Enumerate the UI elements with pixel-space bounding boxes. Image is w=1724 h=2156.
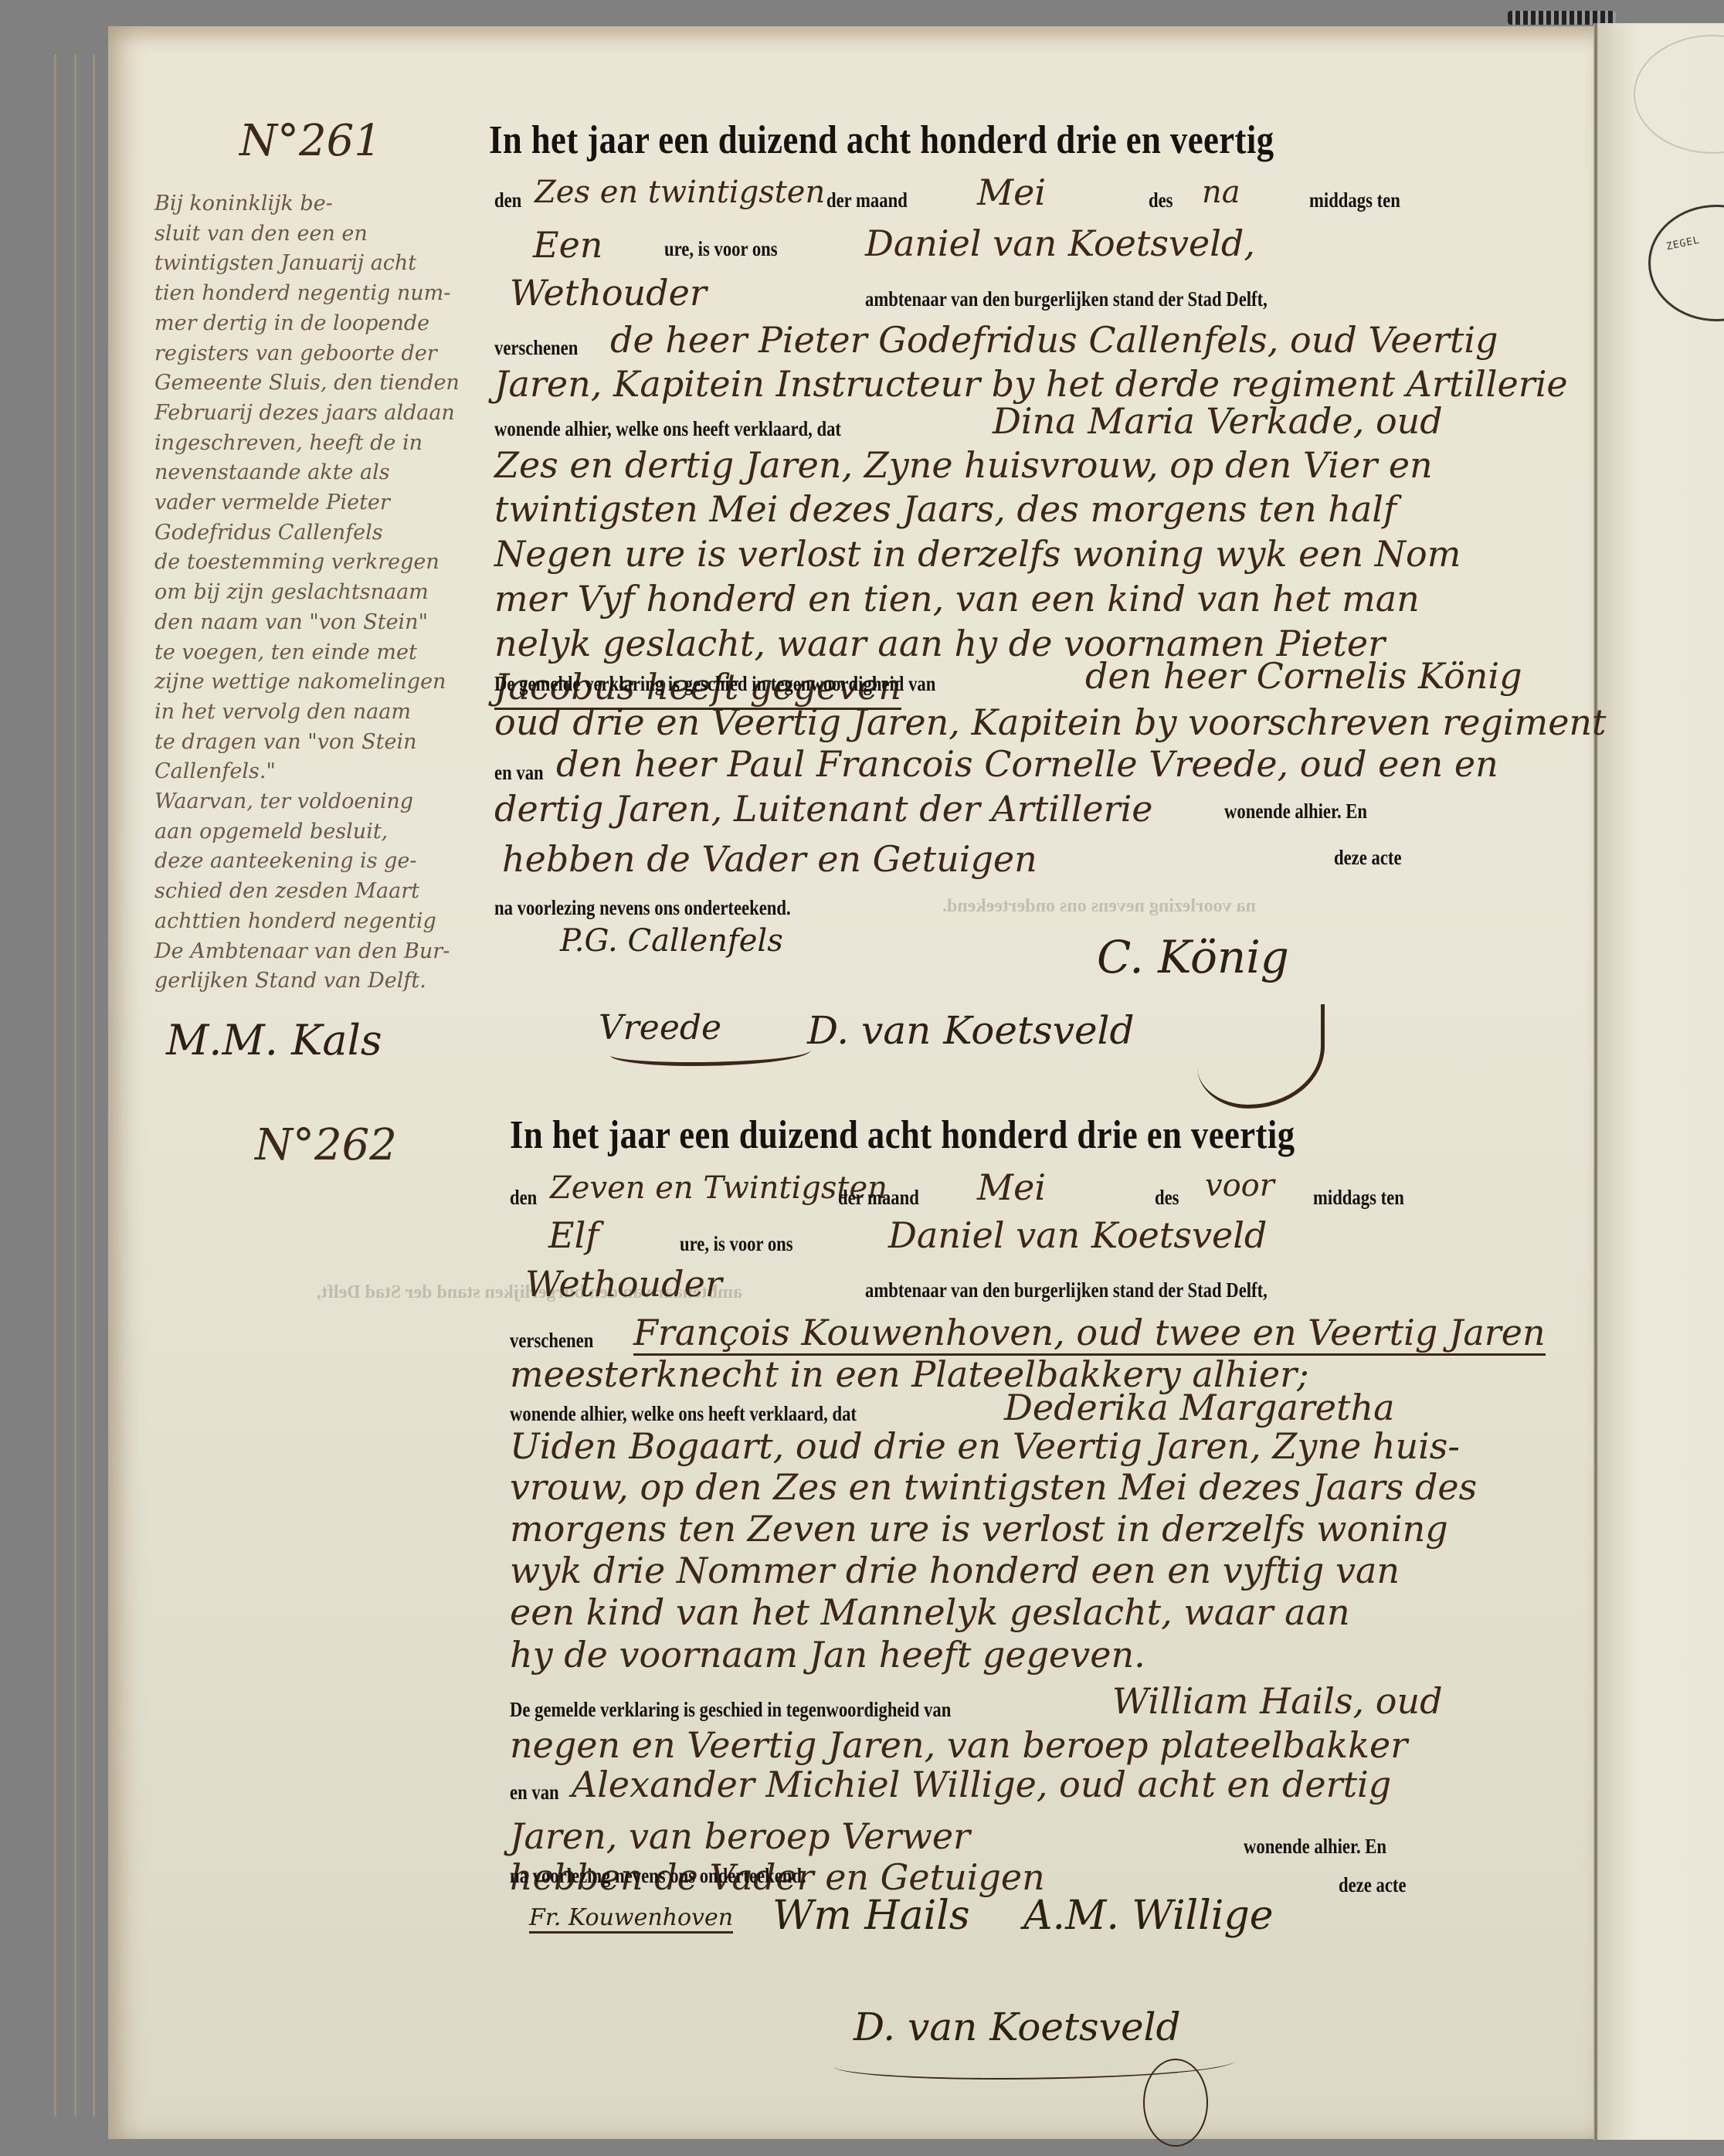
hw-body-4: mer Vyf honderd en tien, van een kind va…	[494, 578, 1420, 620]
hw-part-of-day: voor	[1205, 1168, 1274, 1204]
signature-father: P.G. Callenfels	[560, 923, 783, 959]
printed-wonende-verklaard: wonende alhier, welke ons heeft verklaar…	[510, 1402, 857, 1426]
printed-en-van: en van	[510, 1781, 559, 1805]
hw-body-2: vrouw, op den Zes en twintigsten Mei dez…	[510, 1466, 1477, 1508]
hw-body-2: twintigsten Mei dezes Jaars, des morgens…	[494, 488, 1397, 530]
hw-body-1: Zes en dertig Jaren, Zyne huisvrouw, op …	[494, 444, 1433, 486]
printed-ure-voor-ons: ure, is voor ons	[680, 1232, 793, 1256]
hw-signing-clause: hebben de Vader en Getuigen	[502, 838, 1037, 880]
printed-verschenen: verschenen	[510, 1329, 593, 1353]
printed-des: des	[1155, 1186, 1179, 1210]
hw-official-title: Wethouder	[510, 272, 707, 314]
hw-body-3: morgens ten Zeven ure is verlost in derz…	[510, 1508, 1448, 1550]
printed-voorlezing-262-visible: na voorlezing nevens ons onderteekend.	[510, 1864, 806, 1888]
hw-official: Daniel van Koetsveld,	[865, 222, 1255, 264]
signature-flourish	[1143, 2059, 1208, 2147]
hw-body-5: een kind van het Mannelyk geslacht, waar…	[510, 1591, 1350, 1633]
signature-official: D. van Koetsveld	[854, 2005, 1181, 2049]
bleed-through-text: ambtenaar van den burgerlijken stand der…	[317, 1282, 742, 1303]
signature-margin-official: M.M. Kals	[166, 1016, 382, 1064]
margin-annotation: Bij koninklijk be- sluit van den een en …	[154, 189, 510, 997]
hw-witness-2b: dertig Jaren, Luitenant der Artillerie	[494, 788, 1153, 830]
printed-des: des	[1149, 188, 1173, 212]
signature-witness-2: A.M. Willige	[1023, 1893, 1274, 1939]
printed-verklaring: De gemelde verklaring is geschied in teg…	[510, 1698, 951, 1722]
hw-witness-1a: William Hails, oud	[1112, 1680, 1443, 1722]
printed-der-maand: der maand	[826, 188, 908, 212]
signature-witness-1: Wm Hails	[772, 1893, 970, 1939]
printed-ambtenaar: ambtenaar van den burgerlijken stand der…	[865, 1278, 1268, 1302]
hw-declarant-1: de heer Pieter Godefridus Callenfels, ou…	[610, 319, 1498, 361]
hw-part-of-day: na	[1202, 175, 1240, 210]
printed-den: den	[510, 1186, 537, 1210]
signature-official: D. van Koetsveld	[807, 1008, 1135, 1053]
facing-page	[1598, 23, 1724, 2140]
record-number: N°262	[255, 1120, 397, 1170]
printed-der-maand: der maand	[838, 1186, 919, 1210]
hw-declarant-1: François Kouwenhoven, oud twee en Veerti…	[633, 1312, 1546, 1356]
hw-witness-2a: Alexander Michiel Willige, oud acht en d…	[572, 1764, 1391, 1805]
hw-hour: Elf	[548, 1214, 599, 1256]
hw-witness-1b: negen en Veertig Jaren, van beroep plate…	[510, 1724, 1407, 1766]
hw-official: Daniel van Koetsveld	[888, 1214, 1267, 1256]
hw-body-4: wyk drie Nommer drie honderd een en vyft…	[510, 1550, 1400, 1591]
hw-declarant-2: Jaren, Kapitein Instructeur by het derde…	[494, 363, 1568, 405]
signature-witness-1: C. König	[1097, 931, 1289, 983]
printed-wonende-verklaard: wonende alhier, welke ons heeft verklaar…	[494, 417, 841, 441]
signature-father: Fr. Kouwenhoven	[529, 1904, 733, 1934]
hw-witness-2b: Jaren, van beroep Verwer	[510, 1815, 970, 1857]
printed-middags-ten: middags ten	[1309, 188, 1400, 212]
hw-body-3: Negen ure is verlost in derzelfs woning …	[494, 533, 1461, 575]
hw-witness-1b: oud drie en Veertig Jaren, Kapitein by v…	[494, 701, 1607, 743]
hw-month: Mei	[977, 171, 1046, 213]
hw-mother: Dina Maria Verkade, oud	[993, 400, 1443, 442]
record-heading: In het jaar een duizend acht honderd dri…	[510, 1112, 1295, 1158]
printed-deze-acte: deze acte	[1339, 1873, 1407, 1897]
printed-ure-voor-ons: ure, is voor ons	[664, 237, 778, 261]
printed-voorlezing: na voorlezing nevens ons onderteekend.	[494, 896, 791, 920]
hw-body-6: hy de voornaam Jan heeft gegeven.	[510, 1634, 1145, 1676]
hw-hour: Een	[533, 224, 602, 266]
printed-deze-acte: deze acte	[1334, 846, 1402, 870]
record-heading: In het jaar een duizend acht honderd dri…	[489, 117, 1274, 163]
hw-day: Zes en twintigsten	[535, 175, 825, 210]
hw-witness-1a: den heer Cornelis König	[1085, 655, 1522, 697]
hw-day: Zeven en Twintigsten	[550, 1170, 887, 1206]
printed-verklaring: De gemelde verklaring is geschied in teg…	[494, 672, 935, 696]
hw-body-1: Uiden Bogaart, oud drie en Veertig Jaren…	[510, 1425, 1460, 1467]
printed-wonende-en: wonende alhier. En	[1224, 800, 1367, 823]
hw-mother: Dederika Margaretha	[1004, 1387, 1395, 1428]
hw-month: Mei	[977, 1166, 1046, 1208]
bleed-through-text: na voorlezing nevens ons onderteekend.	[942, 896, 1256, 917]
record-number: N°261	[239, 116, 382, 166]
hw-witness-2a: den heer Paul Francois Cornelle Vreede, …	[556, 743, 1498, 785]
printed-middags-ten: middags ten	[1313, 1186, 1404, 1210]
printed-wonende-en: wonende alhier. En	[1244, 1835, 1386, 1859]
printed-ambtenaar: ambtenaar van den burgerlijken stand der…	[865, 287, 1268, 311]
